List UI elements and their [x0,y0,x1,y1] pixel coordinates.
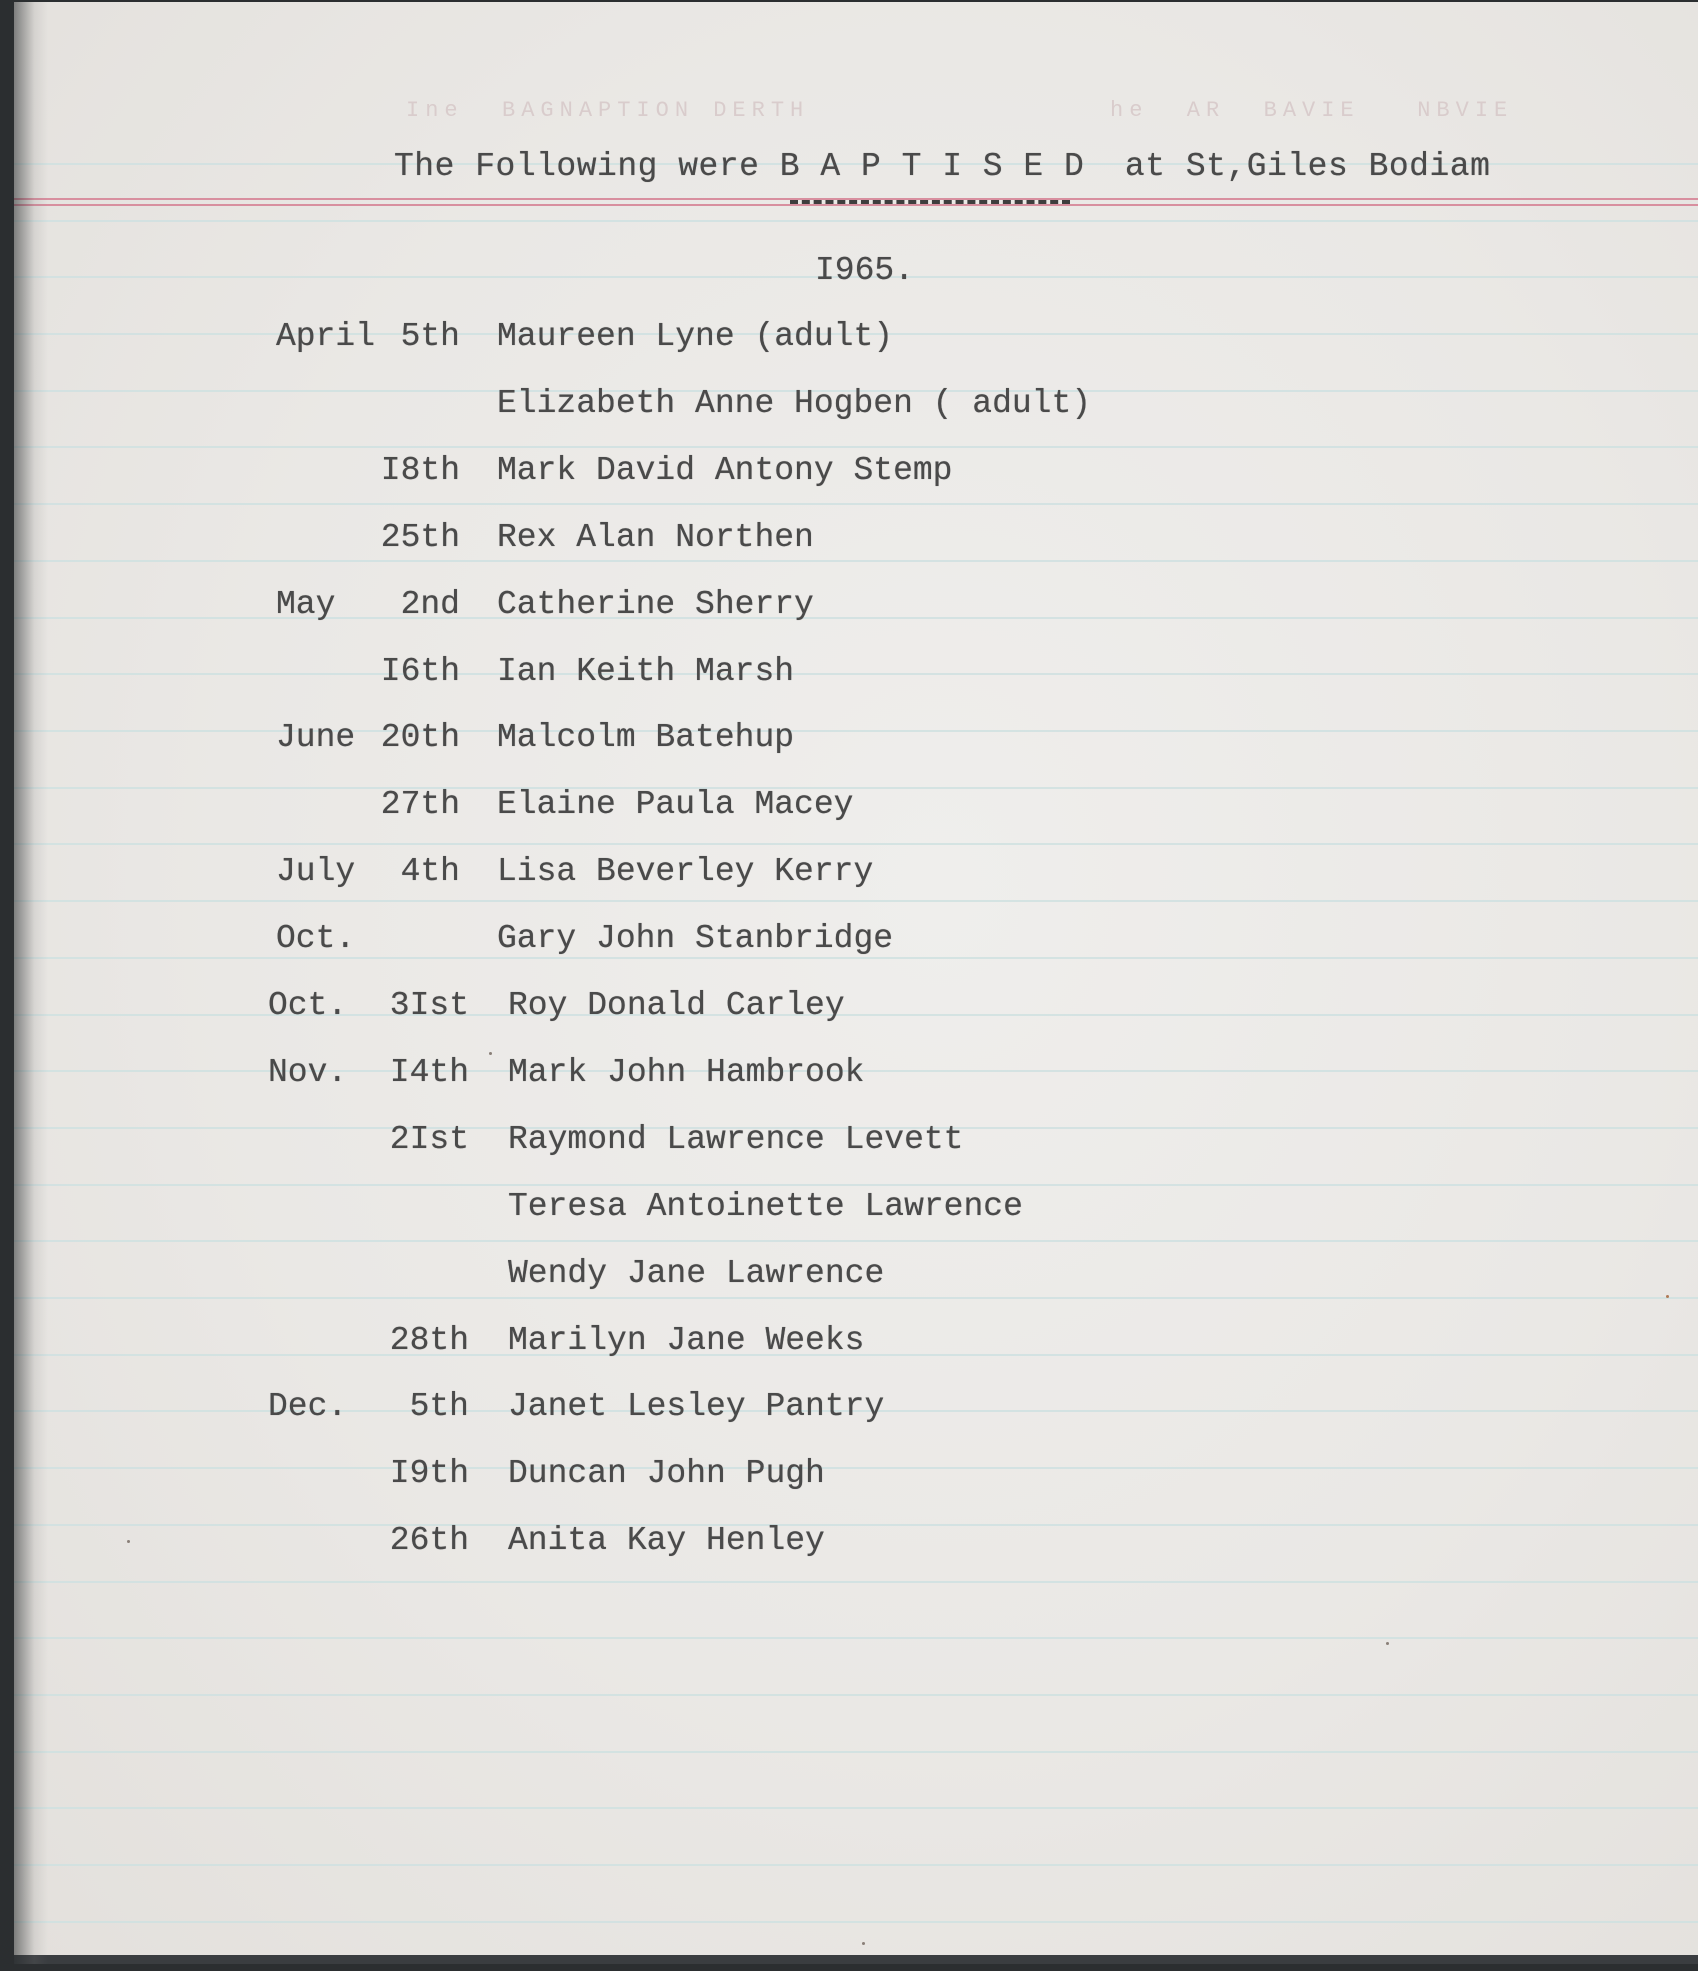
baptism-entry: 25thRex Alan Northen [14,521,1314,561]
entry-day: 28th [390,1324,469,1357]
entry-day: 20th [381,721,460,754]
baptism-entry: June20thMalcolm Batehup [14,721,1314,761]
baptism-entry: April5thMaureen Lyne (adult) [14,320,1314,360]
paper-speck [127,1540,130,1543]
entry-day: 4th [401,855,460,888]
entry-name: Ian Keith Marsh [497,655,794,688]
entry-day: 5th [401,320,460,353]
baptism-entry: 26thAnita Kay Henley [14,1524,1314,1564]
baptism-entry: 2IstRaymond Lawrence Levett [14,1123,1314,1163]
paper-speck [1386,1642,1389,1645]
entry-day: 2nd [401,588,460,621]
entry-name: Gary John Stanbridge [497,922,893,955]
baptism-entry: Teresa Antoinette Lawrence [14,1190,1314,1230]
entry-name: Rex Alan Northen [497,521,814,554]
entry-day: 25th [381,521,460,554]
baptism-entry: Oct.Gary John Stanbridge [14,922,1314,962]
paper-speck [862,1942,865,1945]
paper-speck [489,1052,492,1055]
typed-register-page: Ine BAGNAPTION DERTH he AR BAVIE NBVIE T… [14,2,1698,1964]
baptism-entry: Wendy Jane Lawrence [14,1257,1314,1297]
entry-name: Janet Lesley Pantry [508,1390,884,1423]
entry-name: Mark David Antony Stemp [497,454,952,487]
entry-name: Elizabeth Anne Hogben ( adult) [497,387,1091,420]
entry-day: 27th [381,788,460,821]
entry-name: Wendy Jane Lawrence [508,1257,884,1290]
entry-day: I8th [381,454,460,487]
entry-name: Anita Kay Henley [508,1524,825,1557]
entry-month: July [276,855,355,888]
entry-name: Maureen Lyne (adult) [497,320,893,353]
entry-name: Catherine Sherry [497,588,814,621]
baptism-entry: I9thDuncan John Pugh [14,1457,1314,1497]
entry-month: Oct. [276,922,355,955]
entry-month: Nov. [268,1056,347,1089]
entry-day: I9th [390,1457,469,1490]
baptism-entry: Oct.3IstRoy Donald Carley [14,989,1314,1029]
entry-name: Elaine Paula Macey [497,788,853,821]
entry-month: May [276,588,335,621]
baptism-entry: July4thLisa Beverley Kerry [14,855,1314,895]
entry-month: June [276,721,355,754]
baptism-entry: 28thMarilyn Jane Weeks [14,1324,1314,1364]
entry-name: Duncan John Pugh [508,1457,825,1490]
baptism-entry: Dec.5thJanet Lesley Pantry [14,1390,1314,1430]
baptism-entry: I6thIan Keith Marsh [14,655,1314,695]
entry-name: Marilyn Jane Weeks [508,1324,864,1357]
baptism-entry: 27thElaine Paula Macey [14,788,1314,828]
baptism-entry: Nov.I4thMark John Hambrook [14,1056,1314,1096]
paper-speck [1666,1295,1669,1298]
entry-name: Teresa Antoinette Lawrence [508,1190,1023,1223]
entry-name: Malcolm Batehup [497,721,794,754]
entry-month: April [276,320,375,353]
entry-name: Roy Donald Carley [508,989,845,1022]
baptism-entry: May2ndCatherine Sherry [14,588,1314,628]
entry-day: I6th [381,655,460,688]
baptism-list: April5thMaureen Lyne (adult)Elizabeth An… [14,2,1698,1964]
entry-day: 3Ist [390,989,469,1022]
entry-name: Raymond Lawrence Levett [508,1123,963,1156]
entry-day: 26th [390,1524,469,1557]
entry-name: Lisa Beverley Kerry [497,855,873,888]
entry-name: Mark John Hambrook [508,1056,864,1089]
entry-day: 2Ist [390,1123,469,1156]
baptism-entry: Elizabeth Anne Hogben ( adult) [14,387,1314,427]
entry-day: I4th [390,1056,469,1089]
entry-day: 5th [410,1390,469,1423]
entry-month: Oct. [268,989,347,1022]
baptism-entry: I8thMark David Antony Stemp [14,454,1314,494]
entry-month: Dec. [268,1390,347,1423]
